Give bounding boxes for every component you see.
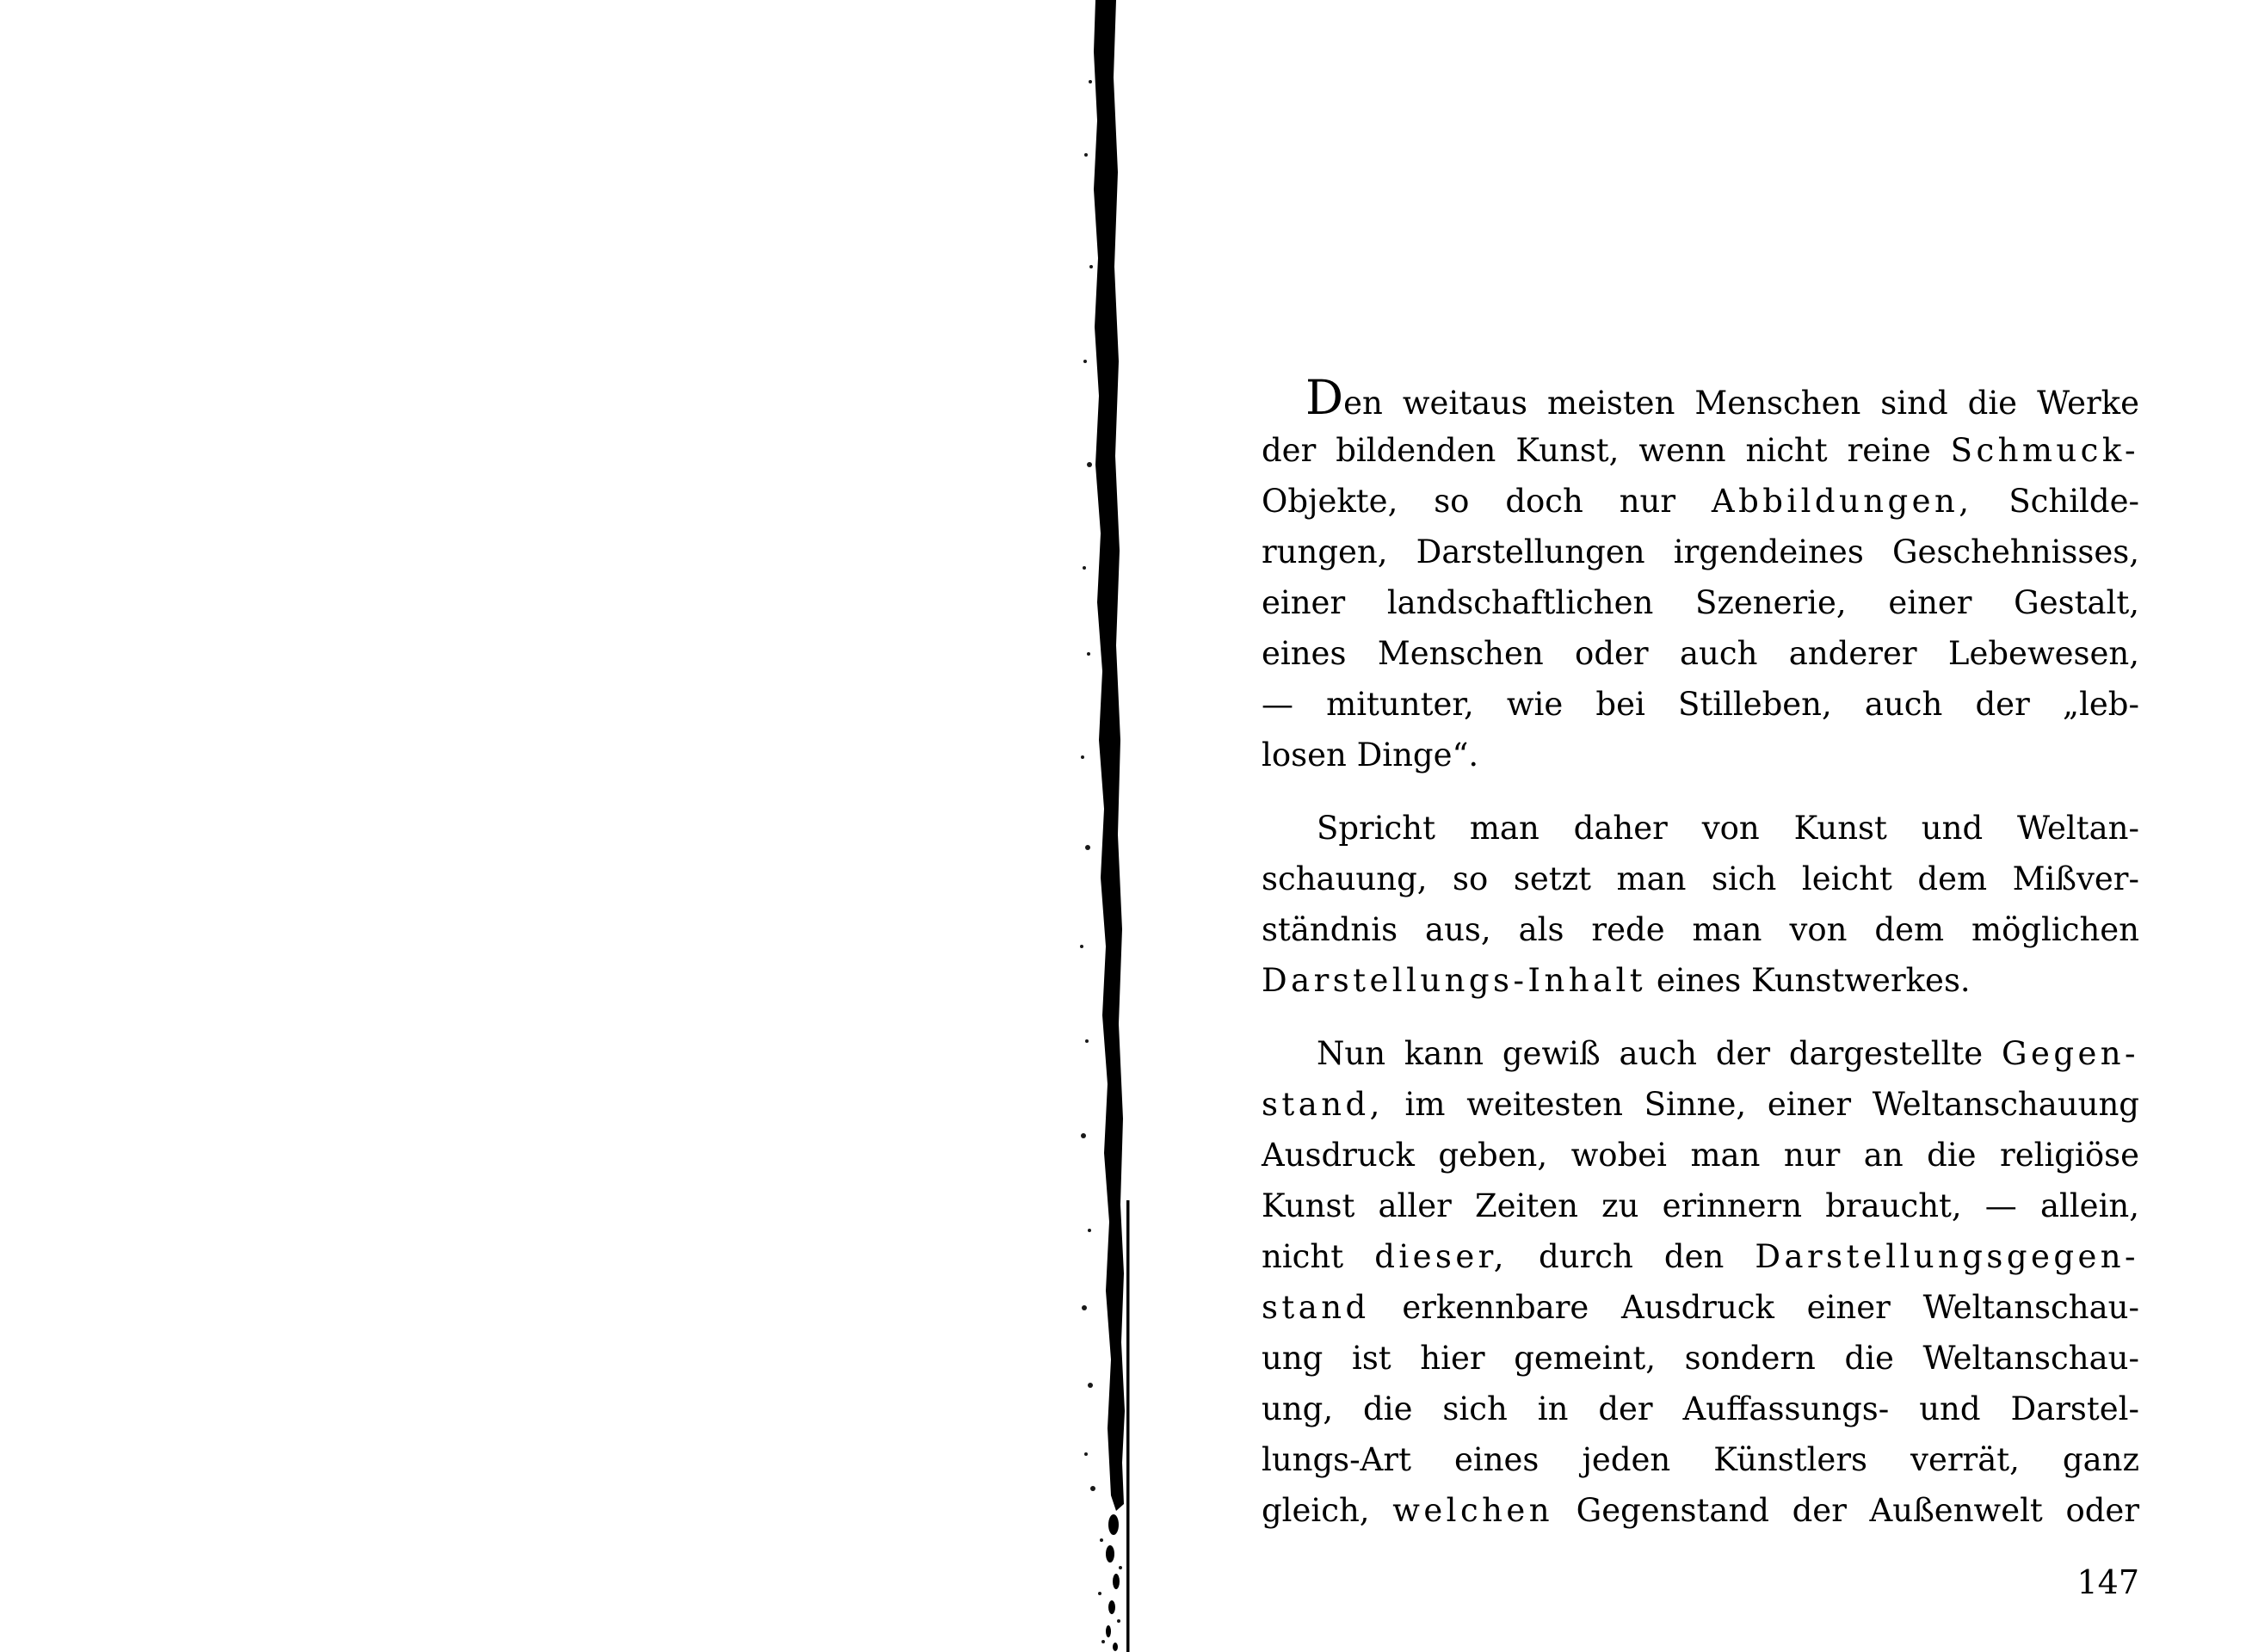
- text-line: ständnis aus, als rede man von dem mögli…: [1262, 904, 2139, 955]
- left-page-blank: [0, 0, 1086, 1652]
- paragraph: Den weitaus meisten Menschen sind die We…: [1262, 374, 2139, 780]
- letterspaced-word: Darstellungs-Inhalt: [1262, 962, 1646, 999]
- text-segment: ung, die sich in der Auffassungs- und Da…: [1262, 1390, 2139, 1427]
- text-line: eines Menschen oder auch anderer Lebewes…: [1262, 628, 2139, 679]
- text-line: schauung, so setzt man sich leicht dem M…: [1262, 854, 2139, 904]
- gutter-ink-band: [1094, 0, 1125, 1511]
- letterspaced-word: Darstellungsgegen-: [1755, 1238, 2139, 1275]
- text-line: Kunst aller Zeiten zu erinnern braucht, …: [1262, 1180, 2139, 1231]
- text-segment: Gegenstand der Außenwelt oder: [1553, 1492, 2139, 1529]
- letterspaced-word: dieser,: [1374, 1238, 1508, 1275]
- text-segment: rungen, Darstellungen irgendeines Gesche…: [1262, 533, 2139, 570]
- text-segment: — mitunter, wie bei Stilleben, auch der …: [1262, 686, 2139, 723]
- text-line: gleich, welchen Gegenstand der Außenwelt…: [1262, 1485, 2139, 1536]
- paragraph: Nun kann gewiß auch der dargestellte Geg…: [1262, 1028, 2139, 1536]
- text-line: Spricht man daher von Kunst und Weltan-: [1262, 803, 2139, 854]
- text-segment: losen Dinge“.: [1262, 737, 1478, 774]
- text-segment: erkennbare Ausdruck einer Weltanschau-: [1370, 1289, 2139, 1326]
- page-number: 147: [1967, 1562, 2139, 1603]
- text-line: Objekte, so doch nur Abbildungen, Schild…: [1262, 476, 2139, 527]
- text-line: der bildenden Kunst, wenn nicht reine Sc…: [1262, 425, 2139, 476]
- text-line: stand erkennbare Ausdruck einer Weltansc…: [1262, 1282, 2139, 1333]
- text-line: nicht dieser, durch den Darstellungsgege…: [1262, 1231, 2139, 1282]
- text-segment: einer landschaftlichen Szenerie, einer G…: [1262, 584, 2139, 621]
- gutter-bottom-blobs: [1106, 1514, 1120, 1651]
- text-line: ung, die sich in der Auffassungs- und Da…: [1262, 1384, 2139, 1434]
- text-segment: en weitaus meisten Menschen sind die Wer…: [1343, 385, 2139, 422]
- gutter-speckles: [1080, 80, 1122, 1643]
- letterspaced-word: Gegen-: [2002, 1035, 2139, 1072]
- scanned-book-spread: Den weitaus meisten Menschen sind die We…: [0, 0, 2246, 1652]
- text-line: lungs-Art eines jeden Künstlers verrät, …: [1262, 1434, 2139, 1485]
- text-line: Den weitaus meisten Menschen sind die We…: [1262, 374, 2139, 425]
- gutter-hairline: [1126, 1200, 1130, 1652]
- text-line: — mitunter, wie bei Stilleben, auch der …: [1262, 679, 2139, 730]
- text-segment: ständnis aus, als rede man von dem mögli…: [1262, 911, 2139, 948]
- letterspaced-word: stand,: [1262, 1086, 1384, 1123]
- text-line: Darstellungs-Inhalt eines Kunstwerkes.: [1262, 955, 2139, 1006]
- text-line: ung ist hier gemeint, sondern die Weltan…: [1262, 1333, 2139, 1384]
- text-segment: Objekte, so doch nur: [1262, 483, 1712, 520]
- letterspaced-word: Abbildungen,: [1712, 483, 1973, 520]
- drop-cap-initial: D: [1305, 370, 1343, 425]
- text-line: Ausdruck geben, wobei man nur an die rel…: [1262, 1130, 2139, 1180]
- text-segment: nicht: [1262, 1238, 1374, 1275]
- text-segment: gleich,: [1262, 1492, 1392, 1529]
- text-segment: eines Kunstwerkes.: [1646, 962, 1971, 999]
- text-line: stand, im weitesten Sinne, einer Weltans…: [1262, 1079, 2139, 1130]
- text-segment: schauung, so setzt man sich leicht dem M…: [1262, 860, 2139, 897]
- text-line: losen Dinge“.: [1262, 730, 2139, 780]
- letterspaced-word: welchen: [1392, 1492, 1553, 1529]
- letterspaced-word: Schmuck-: [1951, 432, 2139, 469]
- body-text-block: Den weitaus meisten Menschen sind die We…: [1262, 374, 2139, 1536]
- text-line: rungen, Darstellungen irgendeines Gesche…: [1262, 527, 2139, 577]
- text-line: einer landschaftlichen Szenerie, einer G…: [1262, 577, 2139, 628]
- text-segment: Spricht man daher von Kunst und Weltan-: [1317, 810, 2139, 847]
- text-segment: durch den: [1508, 1238, 1755, 1275]
- text-segment: Ausdruck geben, wobei man nur an die rel…: [1262, 1137, 2139, 1174]
- text-segment: Nun kann gewiß auch der dargestellte: [1317, 1035, 2002, 1072]
- text-segment: im weitesten Sinne, einer Weltanschauung: [1384, 1086, 2139, 1123]
- letterspaced-word: stand: [1262, 1289, 1370, 1326]
- text-segment: Kunst aller Zeiten zu erinnern braucht, …: [1262, 1187, 2139, 1224]
- text-segment: Schilde-: [1972, 483, 2139, 520]
- text-segment: eines Menschen oder auch anderer Lebewes…: [1262, 635, 2139, 672]
- text-segment: der bildenden Kunst, wenn nicht reine: [1262, 432, 1951, 469]
- paragraph: Spricht man daher von Kunst und Weltan-s…: [1262, 803, 2139, 1006]
- text-segment: ung ist hier gemeint, sondern die Weltan…: [1262, 1340, 2139, 1377]
- text-line: Nun kann gewiß auch der dargestellte Geg…: [1262, 1028, 2139, 1079]
- text-segment: lungs-Art eines jeden Künstlers verrät, …: [1262, 1441, 2139, 1478]
